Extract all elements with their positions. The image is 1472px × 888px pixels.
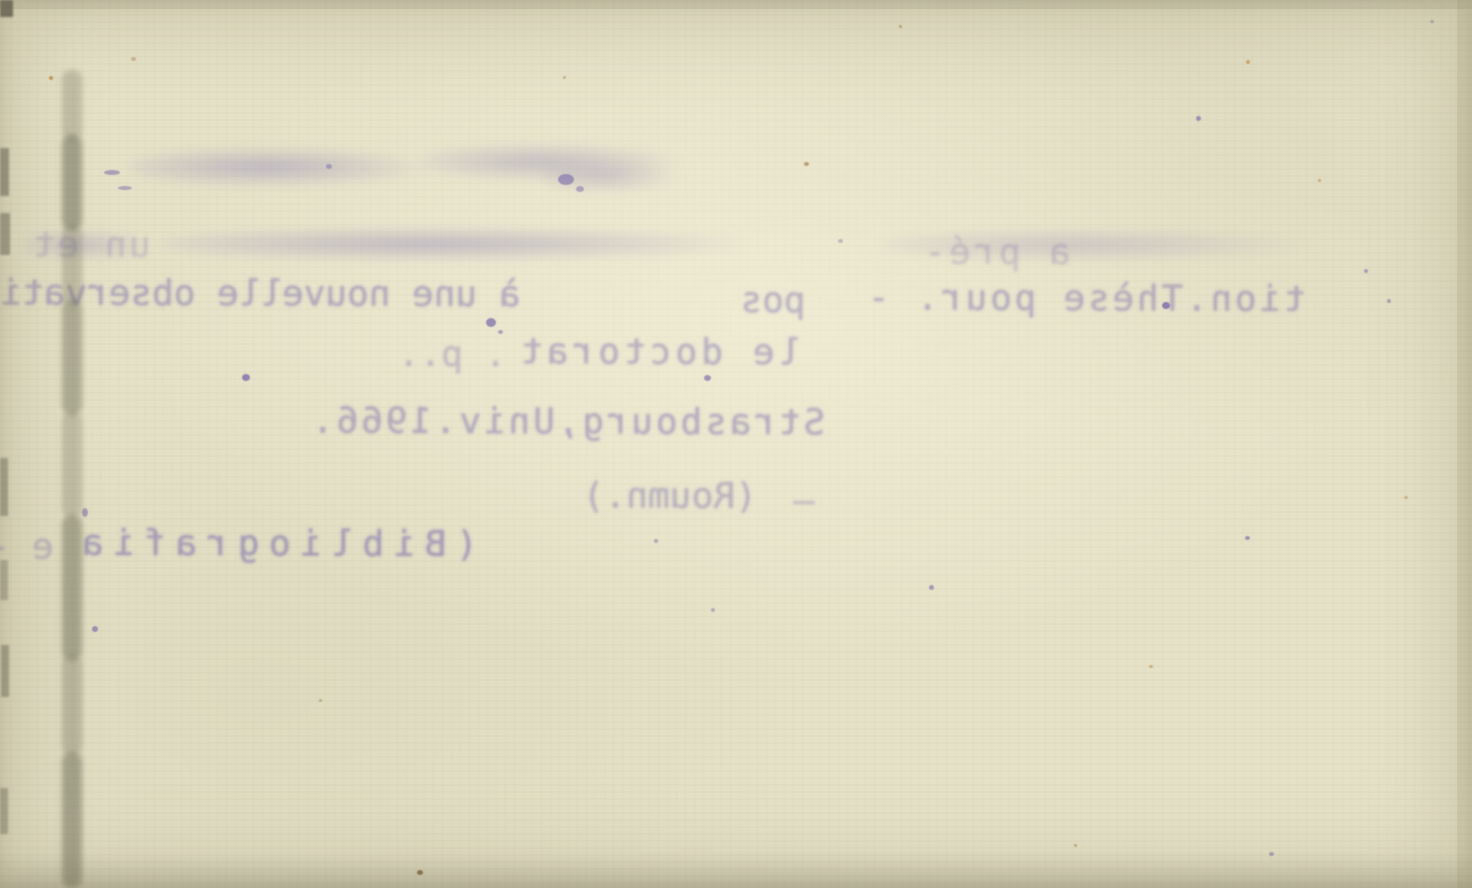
foxing-speck bbox=[49, 76, 53, 80]
foxing-speck bbox=[1149, 665, 1153, 668]
foxing-speck bbox=[319, 699, 322, 702]
foxing-speck bbox=[563, 76, 566, 79]
foxing-speck bbox=[899, 25, 902, 28]
foxing-speck-layer bbox=[0, 0, 1472, 888]
foxing-speck bbox=[1074, 844, 1077, 847]
paper-edge-top-shade bbox=[0, 0, 1472, 9]
paper-edge-bottom-shade bbox=[0, 852, 1472, 888]
paper-edge-right-shade bbox=[1457, 0, 1472, 888]
foxing-speck bbox=[131, 57, 136, 61]
foxing-speck bbox=[1404, 496, 1408, 499]
index-card-verso: un eta pré-tion.Thèse pour. -posà une no… bbox=[0, 0, 1472, 888]
foxing-speck bbox=[1318, 179, 1321, 182]
foxing-speck bbox=[804, 162, 809, 166]
foxing-speck bbox=[1246, 60, 1250, 64]
